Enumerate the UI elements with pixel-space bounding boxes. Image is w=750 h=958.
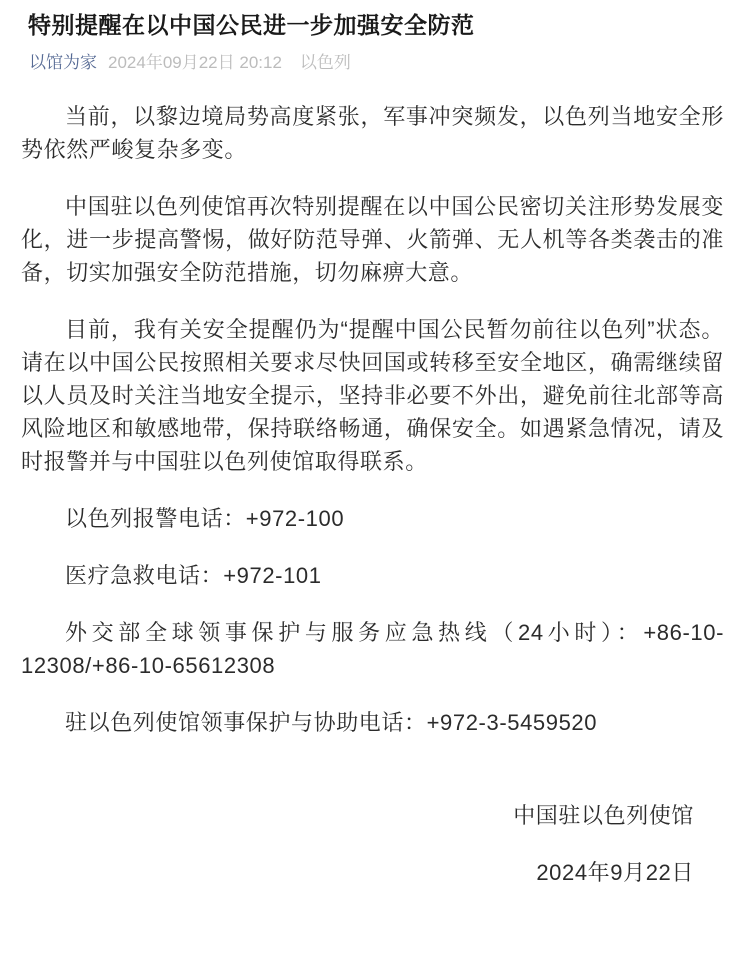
article-title: 特别提醒在以中国公民进一步加强安全防范 bbox=[28, 10, 724, 40]
signature-date: 2024年9月22日 bbox=[21, 856, 694, 889]
account-name-link[interactable]: 以馆为家 bbox=[29, 51, 97, 75]
paragraph-reminder: 中国驻以色列使馆再次特别提醒在以中国公民密切关注形势发展变化，进一步提高警惕，做… bbox=[21, 190, 724, 289]
article-meta: 以馆为家 2024年09月22日 20:12 以色列 bbox=[29, 51, 724, 75]
signature-block: 中国驻以色列使馆 2024年9月22日 bbox=[21, 799, 724, 889]
publish-location: 以色列 bbox=[300, 51, 351, 75]
article-body: 当前，以黎边境局势高度紧张，军事冲突频发，以色列当地安全形势依然严峻复杂多变。 … bbox=[21, 100, 724, 739]
signature-name: 中国驻以色列使馆 bbox=[21, 799, 694, 832]
paragraph-advisory: 目前，我有关安全提醒仍为“提醒中国公民暂勿前往以色列”状态。请在以中国公民按照相… bbox=[21, 313, 724, 478]
article-page: 特别提醒在以中国公民进一步加强安全防范 以馆为家 2024年09月22日 20:… bbox=[0, 0, 750, 958]
paragraph-situation: 当前，以黎边境局势高度紧张，军事冲突频发，以色列当地安全形势依然严峻复杂多变。 bbox=[21, 100, 724, 166]
publish-datetime: 2024年09月22日 20:12 bbox=[108, 51, 282, 75]
contact-line-embassy: 驻以色列使馆领事保护与协助电话：+972-3-5459520 bbox=[21, 706, 724, 739]
contact-line-medical: 医疗急救电话：+972-101 bbox=[21, 559, 724, 592]
contact-line-police: 以色列报警电话：+972-100 bbox=[21, 502, 724, 535]
contact-line-mfa-hotline: 外交部全球领事保护与服务应急热线（24小时）：+86-10-12308/+86-… bbox=[21, 616, 724, 682]
